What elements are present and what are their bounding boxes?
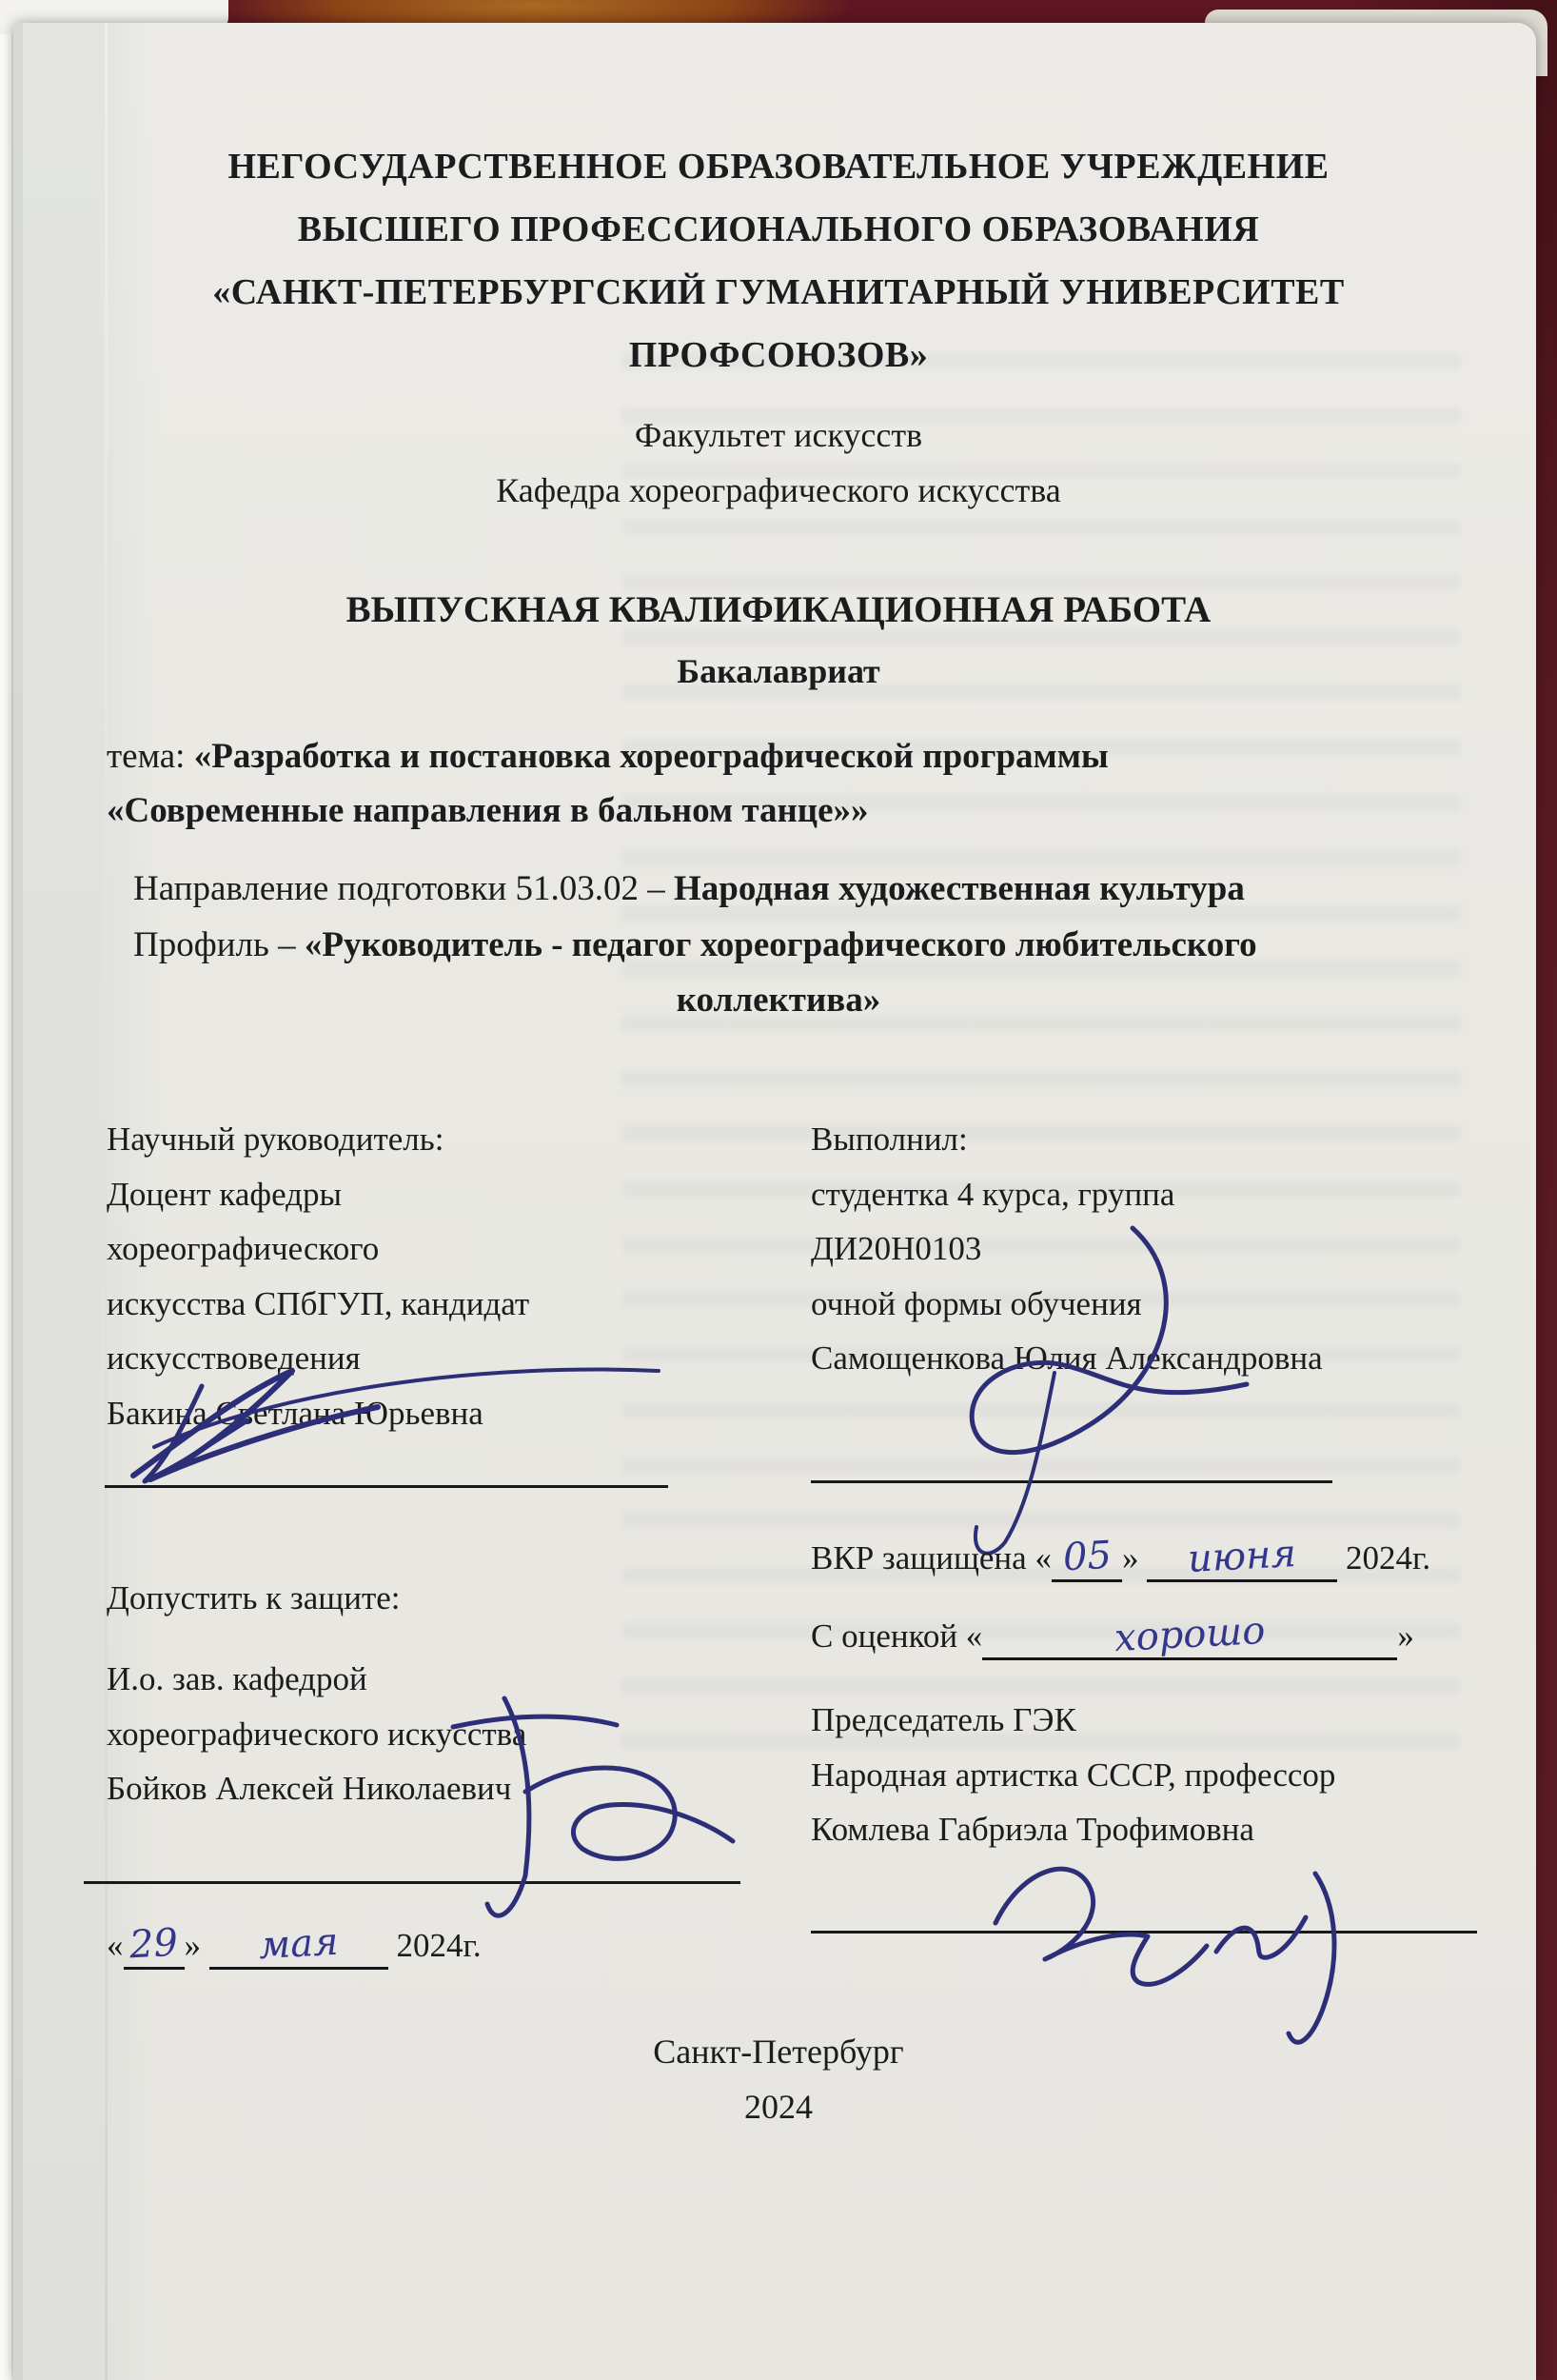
supervisor-line: Доцент кафедры bbox=[107, 1167, 735, 1222]
department-head-signature-line bbox=[84, 1881, 740, 1884]
supervisor-line: хореографического bbox=[107, 1221, 735, 1277]
profile-line: Профиль – «Руководитель - педагог хореог… bbox=[133, 918, 1462, 972]
author-block: Выполнил: студентка 4 курса, группа ДИ20… bbox=[811, 1112, 1477, 1386]
city-name: Санкт-Петербург bbox=[95, 2024, 1462, 2079]
grade-underline: хорошо bbox=[982, 1614, 1397, 1660]
admit-quote-open: « bbox=[107, 1927, 124, 1964]
defense-day-handwritten: 05 bbox=[1061, 1535, 1112, 1579]
year-value: 2024 bbox=[95, 2079, 1462, 2134]
gek-chair-rank: Народная артистка СССР, профессор bbox=[811, 1748, 1515, 1803]
supervisor-block: Научный руководитель: Доцент кафедры хор… bbox=[107, 1112, 735, 1440]
gek-chair-name: Комлева Габриэла Трофимовна bbox=[811, 1802, 1515, 1857]
defense-month-underline: июня bbox=[1147, 1536, 1337, 1582]
author-line: ДИ20Н0103 bbox=[811, 1221, 1477, 1277]
faculty-name: Факультет искусств bbox=[95, 407, 1462, 463]
scanned-thesis-title-page: НЕГОСУДАРСТВЕННОЕ ОБРАЗОВАТЕЛЬНОЕ УЧРЕЖД… bbox=[0, 0, 1557, 2380]
supervisor-line: искусства СПбГУП, кандидат bbox=[107, 1277, 735, 1332]
defense-mid: » bbox=[1122, 1539, 1147, 1577]
profile-value-continued: коллектива» bbox=[95, 973, 1462, 1027]
university-name-line: НЕГОСУДАРСТВЕННОЕ ОБРАЗОВАТЕЛЬНОЕ УЧРЕЖД… bbox=[95, 135, 1462, 198]
admit-quote-close: » bbox=[185, 1927, 202, 1964]
admit-date-line: «29» мая 2024г. bbox=[107, 1918, 754, 1973]
gek-chair-title: Председатель ГЭК bbox=[811, 1693, 1515, 1748]
author-heading: Выполнил: bbox=[811, 1112, 1477, 1167]
defense-month-handwritten: июня bbox=[1187, 1533, 1297, 1580]
grade-handwritten: хорошо bbox=[1114, 1610, 1266, 1659]
grade-prefix: С оценкой « bbox=[811, 1617, 982, 1655]
direction-value: Народная художественная культура bbox=[674, 869, 1245, 908]
admit-month-handwritten: мая bbox=[258, 1921, 340, 1967]
topic-label: тема: bbox=[107, 737, 194, 776]
degree-level: Бакалавриат bbox=[95, 651, 1462, 691]
grade-suffix: » bbox=[1397, 1617, 1414, 1655]
admit-year: 2024г. bbox=[397, 1927, 482, 1964]
topic-line-1: тема: «Разработка и постановка хореограф… bbox=[107, 729, 1452, 783]
admit-day-handwritten: 29 bbox=[128, 1922, 179, 1967]
admit-block: И.о. зав. кафедрой хореографического иск… bbox=[107, 1652, 754, 1816]
grade-line: С оценкой «хорошо» bbox=[811, 1609, 1515, 1664]
admit-month-underline: мая bbox=[209, 1923, 388, 1970]
profile-label: Профиль – bbox=[133, 925, 305, 964]
department-name: Кафедра хореографического искусства bbox=[95, 463, 1462, 518]
work-type-title: ВЫПУСКНАЯ КВАЛИФИКАЦИОННАЯ РАБОТА bbox=[95, 588, 1462, 631]
direction-line: Направление подготовки 51.03.02 – Народн… bbox=[133, 862, 1462, 916]
profile-value: «Руководитель - педагог хореографическог… bbox=[305, 925, 1257, 964]
defense-suffix: 2024г. bbox=[1337, 1539, 1430, 1577]
author-line: очной формы обучения bbox=[811, 1277, 1477, 1332]
author-line: студентка 4 курса, группа bbox=[811, 1167, 1477, 1222]
author-name: Самощенкова Юлия Александровна bbox=[811, 1331, 1477, 1386]
defense-date-line: ВКР защищена «05» июня 2024г. bbox=[811, 1531, 1515, 1586]
defense-day-underline: 05 bbox=[1052, 1536, 1122, 1582]
topic-text-2: «Современные направления в бальном танце… bbox=[107, 783, 1452, 838]
admit-line: И.о. зав. кафедрой bbox=[107, 1652, 754, 1707]
admit-day-underline: 29 bbox=[124, 1923, 185, 1970]
university-name-line: ВЫСШЕГО ПРОФЕССИОНАЛЬНОГО ОБРАЗОВАНИЯ bbox=[95, 198, 1462, 261]
topic-block: тема: «Разработка и постановка хореограф… bbox=[107, 729, 1452, 838]
faculty-department: Факультет искусств Кафедра хореографичес… bbox=[95, 407, 1462, 518]
department-head-name: Бойков Алексей Николаевич bbox=[107, 1761, 754, 1816]
admit-heading: Допустить к защите: bbox=[107, 1571, 754, 1626]
university-name-line: ПРОФСОЮЗОВ» bbox=[95, 324, 1462, 387]
admit-line: хореографического искусства bbox=[107, 1707, 754, 1762]
gek-chair-signature-line bbox=[811, 1931, 1477, 1934]
defense-prefix: ВКР защищена « bbox=[811, 1539, 1052, 1577]
gek-chair-block: Председатель ГЭК Народная артистка СССР,… bbox=[811, 1693, 1515, 1857]
university-name: НЕГОСУДАРСТВЕННОЕ ОБРАЗОВАТЕЛЬНОЕ УЧРЕЖД… bbox=[95, 135, 1462, 387]
supervisor-signature-line bbox=[105, 1485, 668, 1488]
supervisor-line: искусствоведения bbox=[107, 1331, 735, 1386]
direction-label: Направление подготовки 51.03.02 – bbox=[133, 869, 674, 908]
supervisor-name: Бакина Светлана Юрьевна bbox=[107, 1386, 735, 1441]
author-signature-line bbox=[811, 1480, 1332, 1483]
university-name-line: «САНКТ-ПЕТЕРБУРГСКИЙ ГУМАНИТАРНЫЙ УНИВЕР… bbox=[95, 261, 1462, 324]
supervisor-heading: Научный руководитель: bbox=[107, 1112, 735, 1167]
topic-text-1: «Разработка и постановка хореографическо… bbox=[194, 737, 1109, 776]
